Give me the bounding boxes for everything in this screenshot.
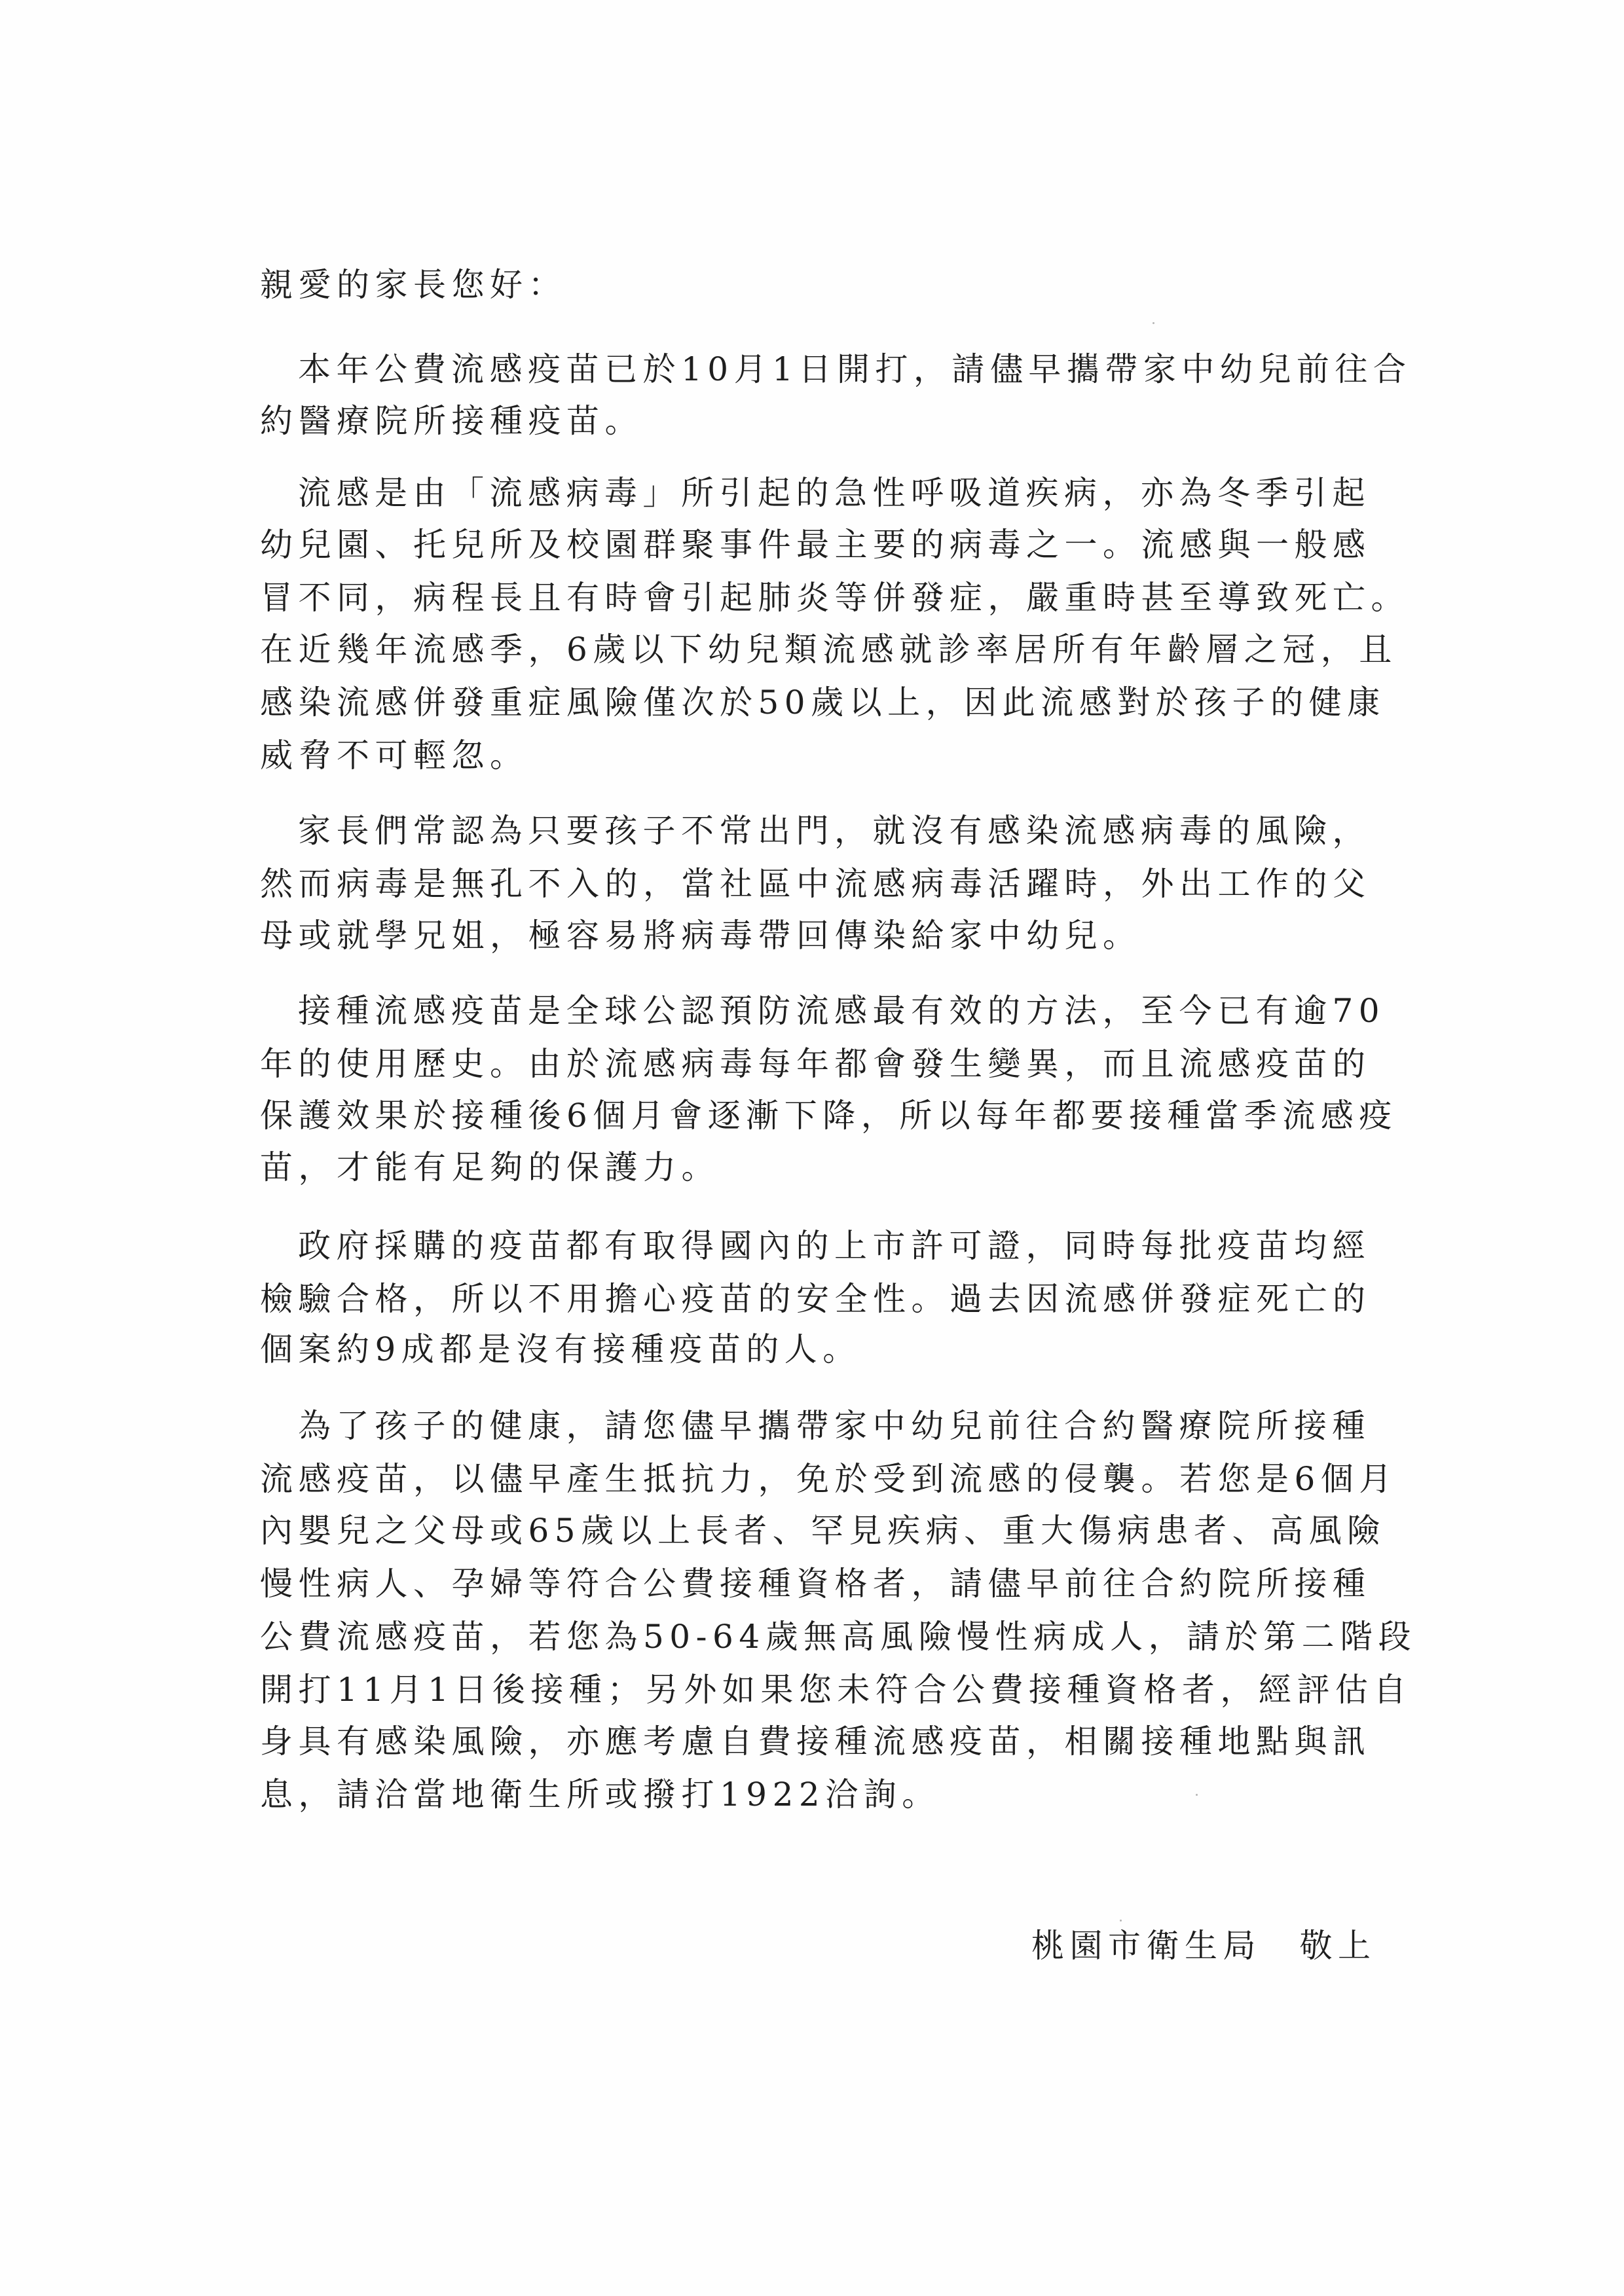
paragraph-3-line-1: 家長們常認為只要孩子不常出門，就沒有感染流感病毒的風險， xyxy=(298,811,1371,850)
paragraph-4-line-4: 苗，才能有足夠的保護力。 xyxy=(260,1148,720,1187)
paragraph-2-line-1: 流感是由「流感病毒」所引起的急性呼吸道疾病，亦為冬季引起 xyxy=(298,473,1371,513)
scan-speck xyxy=(1120,1920,1122,1922)
paragraph-6-line-2: 流感疫苗，以儘早產生抵抗力，免於受到流感的侵襲。若您是6個月 xyxy=(260,1459,1397,1499)
paragraph-6-line-3: 內嬰兒之父母或65歲以上長者、罕見疾病、重大傷病患者、高風險 xyxy=(260,1511,1386,1550)
paragraph-3-line-3: 母或就學兄姐，極容易將病毒帶回傳染給家中幼兒。 xyxy=(260,916,1141,955)
paragraph-6-line-5: 公費流感疫苗，若您為50-64歲無高風險慢性病成人，請於第二階段 xyxy=(260,1617,1416,1656)
signature: 桃園市衛生局 敬上 xyxy=(1031,1926,1376,1965)
salutation: 親愛的家長您好： xyxy=(260,265,566,304)
paragraph-5-line-2: 檢驗合格，所以不用擔心疫苗的安全性。過去因流感併發症死亡的 xyxy=(260,1279,1371,1319)
paragraph-5-line-1: 政府採購的疫苗都有取得國內的上市許可證，同時每批疫苗均經 xyxy=(298,1226,1371,1266)
paragraph-1-line-1: 本年公費流感疫苗已於10月1日開打，請儘早攜帶家中幼兒前往合 xyxy=(298,350,1411,389)
paragraph-2-line-5: 感染流感併發重症風險僅次於50歲以上，因此流感對於孩子的健康 xyxy=(260,683,1386,722)
paragraph-6-line-6: 開打11月1日後接種；另外如果您未符合公費接種資格者，經評估自 xyxy=(260,1670,1412,1709)
paragraph-2-line-4: 在近幾年流感季，6歲以下幼兒類流感就診率居所有年齡層之冠，且 xyxy=(260,630,1397,669)
paragraph-6-line-4: 慢性病人、孕婦等符合公費接種資格者，請儘早前往合約院所接種 xyxy=(260,1564,1371,1603)
paragraph-6-line-8: 息，請洽當地衛生所或撥打1922洽詢。 xyxy=(260,1775,940,1814)
paragraph-3-line-2: 然而病毒是無孔不入的，當社區中流感病毒活躍時，外出工作的父 xyxy=(260,864,1371,903)
paragraph-2-line-2: 幼兒園、托兒所及校園群聚事件最主要的病毒之一。流感與一般感 xyxy=(260,525,1371,564)
letter-page: 親愛的家長您好： 本年公費流感疫苗已於10月1日開打，請儘早攜帶家中幼兒前往合 … xyxy=(0,0,1624,2296)
paragraph-2-line-3: 冒不同，病程長且有時會引起肺炎等併發症，嚴重時甚至導致死亡。 xyxy=(260,578,1409,617)
paragraph-6-line-1: 為了孩子的健康，請您儘早攜帶家中幼兒前往合約醫療院所接種 xyxy=(298,1406,1371,1446)
paragraph-4-line-2: 年的使用歷史。由於流感病毒每年都會發生變異，而且流感疫苗的 xyxy=(260,1044,1371,1084)
paragraph-6-line-7: 身具有感染風險，亦應考慮自費接種流感疫苗，相關接種地點與訊 xyxy=(260,1722,1371,1761)
paragraph-1-line-2: 約醫療院所接種疫苗。 xyxy=(260,401,643,441)
scan-speck xyxy=(1153,322,1154,324)
paragraph-5-line-3: 個案約9成都是沒有接種疫苗的人。 xyxy=(260,1330,861,1369)
paragraph-2-line-6: 威脅不可輕忽。 xyxy=(260,736,528,775)
paragraph-4-line-3: 保護效果於接種後6個月會逐漸下降，所以每年都要接種當季流感疫 xyxy=(260,1096,1397,1135)
scan-speck xyxy=(1196,1794,1198,1796)
paragraph-4-line-1: 接種流感疫苗是全球公認預防流感最有效的方法，至今已有逾70 xyxy=(298,991,1385,1030)
